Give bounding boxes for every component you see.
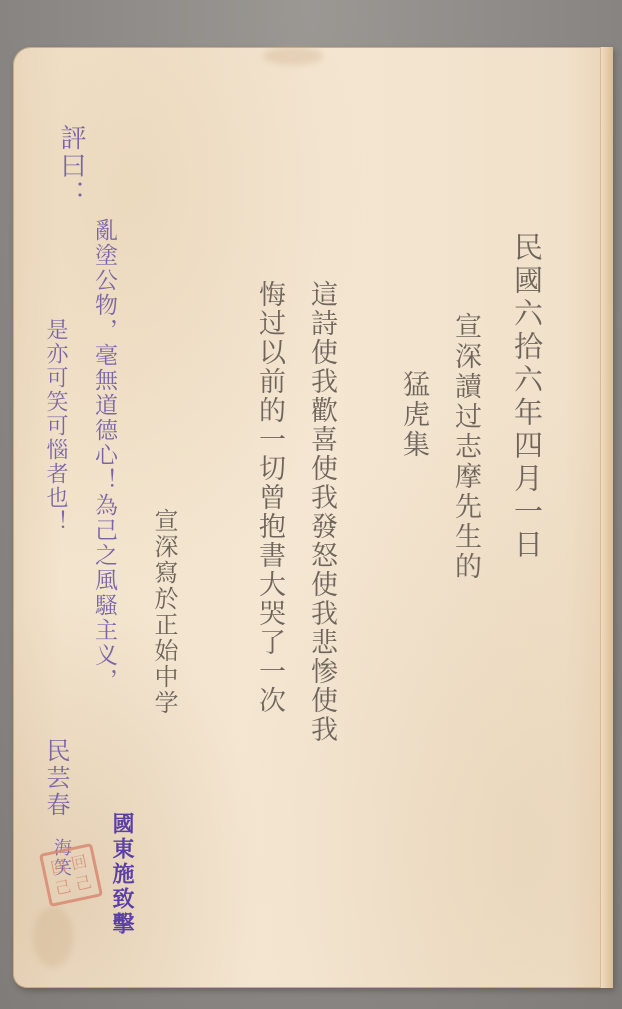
inscription-date: 民國六拾六年四月一日 [512,232,541,562]
closing-seal-mark: 國 [109,812,134,837]
inscription-line-3: 這詩使我歡喜使我發怒使我悲惨使我 [308,280,335,744]
page-gutter [600,47,613,988]
stain [33,907,73,967]
comment-line-2: 是亦可笑可惱者也！ [44,318,66,534]
red-seal-stamp: 回 回 己 己 [39,843,103,907]
stain [263,47,323,65]
inscription-book-title: 猛虎集 [400,370,427,460]
seal-char: 回 [70,853,89,872]
closing-word: 致擊 [109,887,134,937]
inscription-line-1: 宣深讀过志摩先生的 [452,312,479,582]
seal-char: 己 [74,874,93,893]
seal-char: 回 [49,857,68,876]
inscription-line-4: 悔过以前的一切曾抱書大哭了一次 [256,280,283,715]
seal-char: 己 [53,878,72,897]
comment-closing-signature: 國東施致擊 [110,812,132,937]
comment-signer: 民芸春 [44,738,68,819]
comment-line-1: 亂塗公物，毫無道德心！為己之風騷主义， [92,218,115,693]
inscription-signature: 宣深寫於正始中学 [152,508,176,716]
comment-label: 評曰： [58,124,84,208]
closing-text: 東施 [109,837,134,887]
